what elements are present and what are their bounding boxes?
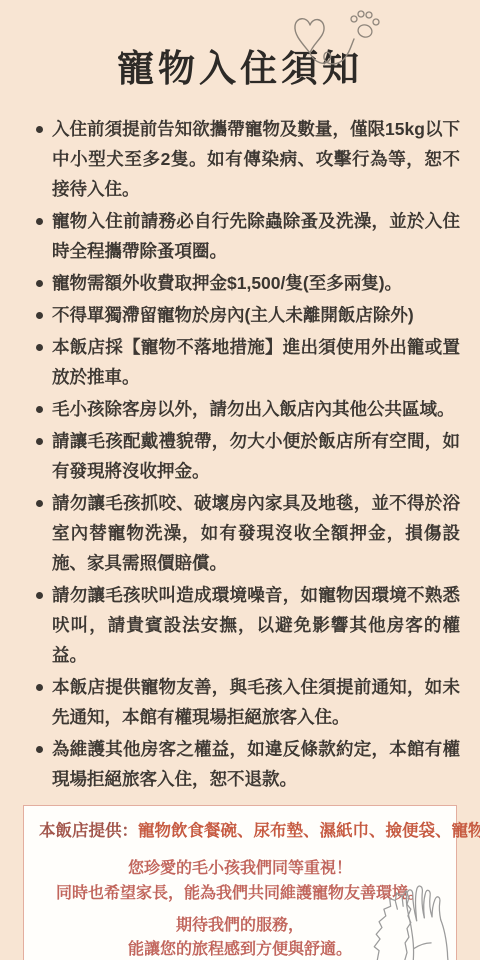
amenities-label: 本飯店提供： <box>39 822 138 840</box>
bullet-dot-icon <box>36 312 43 319</box>
bullet-dot-icon <box>36 500 43 507</box>
rule-item: 不得單獨滯留寵物於房內(主人未離開飯店除外) <box>34 300 460 330</box>
rule-item: 寵物入住前請務必自行先除蟲除蚤及洗澡，並於入住時全程攜帶除蚤項圈。 <box>34 206 460 266</box>
bullet-dot-icon <box>36 746 43 753</box>
bullet-dot-icon <box>36 218 43 225</box>
rule-text: 為維護其他房客之權益，如違反條款約定，本館有權現場拒絕旅客入住，恕不退款。 <box>52 739 460 789</box>
rule-text: 不得單獨滯留寵物於房內(主人未離開飯店除外) <box>52 305 414 325</box>
bullet-dot-icon <box>36 684 43 691</box>
heart-paw-doodle-icon <box>288 6 384 72</box>
rule-text: 寵物需額外收費取押金$1,500/隻(至多兩隻)。 <box>52 273 402 293</box>
rule-item: 本飯店採【寵物不落地措施】進出須使用外出籠或置放於推車。 <box>34 332 460 392</box>
rule-item: 本飯店提供寵物友善，與毛孩入住須提前通知，如未先通知，本館有權現場拒絕旅客入住。 <box>34 672 460 732</box>
amenities-box: 本飯店提供：寵物飲食餐碗、尿布墊、濕紙巾、撿便袋、寵物睡墊。 您珍愛的毛小孩我們… <box>23 805 457 960</box>
rule-text: 入住前須提前告知欲攜帶寵物及數量，僅限15kg以下中小型犬至多2隻。如有傳染病、… <box>52 119 460 199</box>
rule-text: 本飯店採【寵物不落地措施】進出須使用外出籠或置放於推車。 <box>52 337 460 387</box>
rule-item: 入住前須提前告知欲攜帶寵物及數量，僅限15kg以下中小型犬至多2隻。如有傳染病、… <box>34 114 460 204</box>
rule-text: 請讓毛孩配戴禮貌帶，勿大小便於飯店所有空間，如有發現將沒收押金。 <box>52 431 460 481</box>
rule-item: 請勿讓毛孩吠叫造成環境噪音，如寵物因環境不熟悉吠叫，請貴賓設法安撫，以避免影響其… <box>34 580 460 670</box>
rule-text: 請勿讓毛孩抓咬、破壞房內家具及地毯，並不得於浴室內替寵物洗澡，如有發現沒收全額押… <box>52 493 460 573</box>
bullet-dot-icon <box>36 438 43 445</box>
rule-text: 毛小孩除客房以外，請勿出入飯店內其他公共區域。 <box>52 399 455 419</box>
rule-text: 請勿讓毛孩吠叫造成環境噪音，如寵物因環境不熟悉吠叫，請貴賓設法安撫，以避免影響其… <box>52 585 460 665</box>
rule-item: 毛小孩除客房以外，請勿出入飯店內其他公共區域。 <box>34 394 460 424</box>
bullet-dot-icon <box>36 126 43 133</box>
bullet-dot-icon <box>36 406 43 413</box>
hand-paw-highfive-icon <box>361 862 453 960</box>
amenities-items: 寵物飲食餐碗、尿布墊、濕紙巾、撿便袋、寵物睡墊。 <box>138 822 480 840</box>
bullet-dot-icon <box>36 592 43 599</box>
pet-checkin-notice-page: 寵物入住須知 入住前須提前告知欲攜帶寵物及數量，僅限15kg以下中小型犬至多2隻… <box>0 0 480 960</box>
rule-item: 請勿讓毛孩抓咬、破壞房內家具及地毯，並不得於浴室內替寵物洗澡，如有發現沒收全額押… <box>34 488 460 578</box>
rule-text: 寵物入住前請務必自行先除蟲除蚤及洗澡，並於入住時全程攜帶除蚤項圈。 <box>52 211 460 261</box>
rule-item: 寵物需額外收費取押金$1,500/隻(至多兩隻)。 <box>34 268 460 298</box>
rule-item: 請讓毛孩配戴禮貌帶，勿大小便於飯店所有空間，如有發現將沒收押金。 <box>34 426 460 486</box>
bullet-dot-icon <box>36 344 43 351</box>
rule-item: 為維護其他房客之權益，如違反條款約定，本館有權現場拒絕旅客入住，恕不退款。 <box>34 734 460 794</box>
amenities-line: 本飯店提供：寵物飲食餐碗、尿布墊、濕紙巾、撿便袋、寵物睡墊。 <box>39 820 444 843</box>
rule-text: 本飯店提供寵物友善，與毛孩入住須提前通知，如未先通知，本館有權現場拒絕旅客入住。 <box>52 677 460 727</box>
bullet-dot-icon <box>36 280 43 287</box>
rules-list: 入住前須提前告知欲攜帶寵物及數量，僅限15kg以下中小型犬至多2隻。如有傳染病、… <box>34 114 460 794</box>
page-title: 寵物入住須知 <box>0 46 480 92</box>
